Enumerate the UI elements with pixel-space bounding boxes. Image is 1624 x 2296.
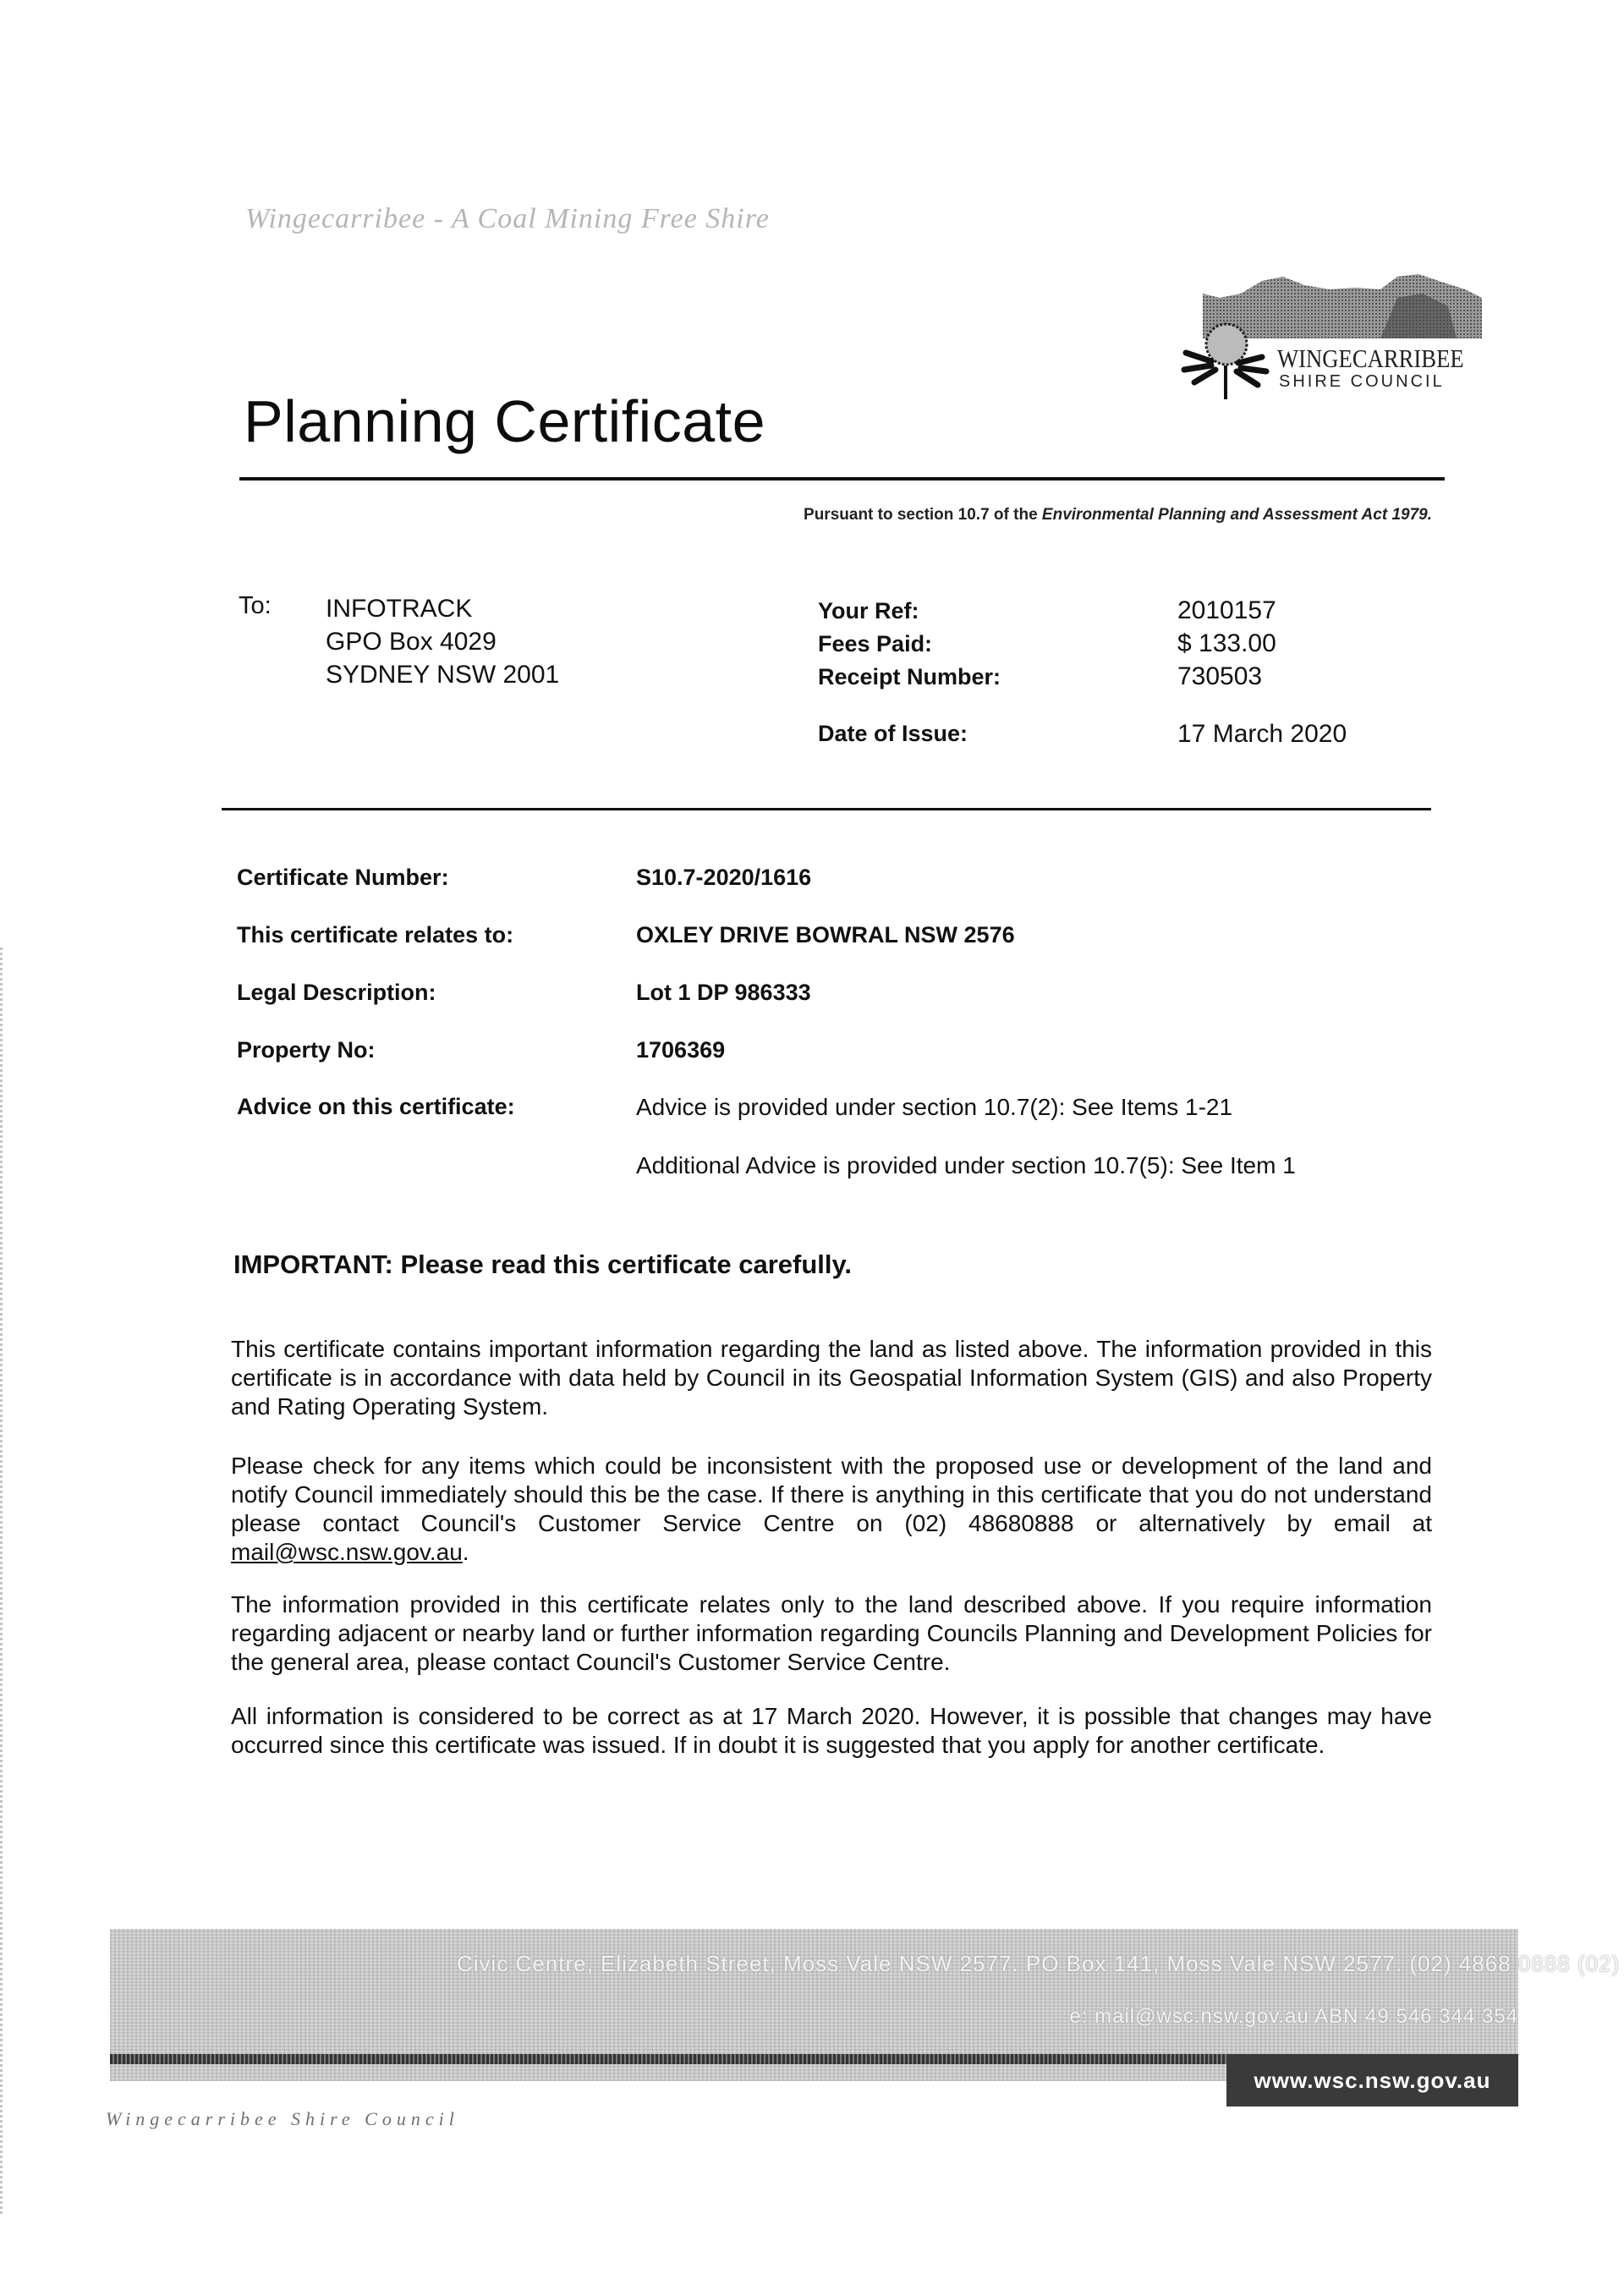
paragraph-2-end: . [463, 1539, 469, 1565]
advice-label: Advice on this certificate: [237, 1094, 515, 1120]
paragraph-2-text: Please check for any items which could b… [231, 1453, 1432, 1536]
footer-email: e: mail@wsc.nsw.gov.au ABN 49 546 344 35… [1069, 2005, 1518, 2029]
footer-website-link[interactable]: www.wsc.nsw.gov.au [1226, 2054, 1518, 2106]
act-name: Environmental Planning and Assessment Ac… [1042, 506, 1432, 524]
logo-council-name: WINGECARRIBEE [1277, 343, 1464, 374]
logo-council-subtitle: SHIRE COUNCIL [1279, 372, 1445, 392]
footer-address: Civic Centre, Elizabeth Street, Moss Val… [457, 1951, 1624, 1977]
recipient-address: INFOTRACK GPO Box 4029 SYDNEY NSW 2001 [326, 592, 559, 691]
important-notice: IMPORTANT: Please read this certificate … [233, 1250, 852, 1280]
header-divider [222, 808, 1431, 810]
recipient-city: SYDNEY NSW 2001 [326, 658, 559, 691]
relates-to-value: OXLEY DRIVE BOWRAL NSW 2576 [636, 922, 1015, 948]
date-of-issue-label: Date of Issue: [818, 721, 968, 747]
receipt-number-value: 730503 [1177, 660, 1276, 693]
recipient-name: INFOTRACK [326, 592, 559, 625]
additional-advice-value: Additional Advice is provided under sect… [636, 1152, 1296, 1179]
page-title: Planning Certificate [244, 387, 765, 455]
pursuant-note: Pursuant to section 10.7 of the Environm… [804, 506, 1432, 525]
reference-labels: Your Ref: Fees Paid: Receipt Number: [818, 595, 1001, 694]
info-paragraph-4: All information is considered to be corr… [231, 1702, 1432, 1760]
council-logo: WINGECARRIBEE SHIRE COUNCIL [1177, 272, 1482, 399]
reference-values: 2010157 $ 133.00 730503 [1177, 594, 1276, 693]
council-email-link[interactable]: mail@wsc.nsw.gov.au [231, 1539, 463, 1565]
scan-edge-artifact [0, 948, 3, 2216]
title-divider [239, 477, 1445, 481]
legal-description-value: Lot 1 DP 986333 [636, 980, 811, 1006]
council-tagline: Wingecarribee - A Coal Mining Free Shire [245, 203, 770, 235]
legal-description-label: Legal Description: [237, 980, 436, 1006]
info-paragraph-2: Please check for any items which could b… [231, 1452, 1432, 1567]
relates-to-label: This certificate relates to: [237, 922, 513, 948]
your-ref-label: Your Ref: [818, 595, 1001, 628]
date-of-issue-value: 17 March 2020 [1177, 720, 1347, 749]
advice-value: Advice is provided under section 10.7(2)… [636, 1094, 1232, 1121]
fees-paid-value: $ 133.00 [1177, 627, 1276, 660]
certificate-number-label: Certificate Number: [237, 865, 449, 891]
property-no-value: 1706369 [636, 1037, 725, 1063]
certificate-number-value: S10.7-2020/1616 [636, 865, 811, 891]
handwritten-note: Wingecarribee Shire Council [106, 2108, 459, 2130]
pursuant-prefix: Pursuant to section 10.7 of the [804, 506, 1042, 524]
waratah-flower-icon [1177, 319, 1270, 399]
receipt-number-label: Receipt Number: [818, 661, 1001, 694]
info-paragraph-3: The information provided in this certifi… [231, 1590, 1432, 1677]
to-label: To: [239, 592, 272, 620]
info-paragraph-1: This certificate contains important info… [231, 1335, 1432, 1421]
property-no-label: Property No: [237, 1037, 376, 1063]
your-ref-value: 2010157 [1177, 594, 1276, 627]
fees-paid-label: Fees Paid: [818, 628, 1001, 661]
recipient-po-box: GPO Box 4029 [326, 625, 559, 658]
